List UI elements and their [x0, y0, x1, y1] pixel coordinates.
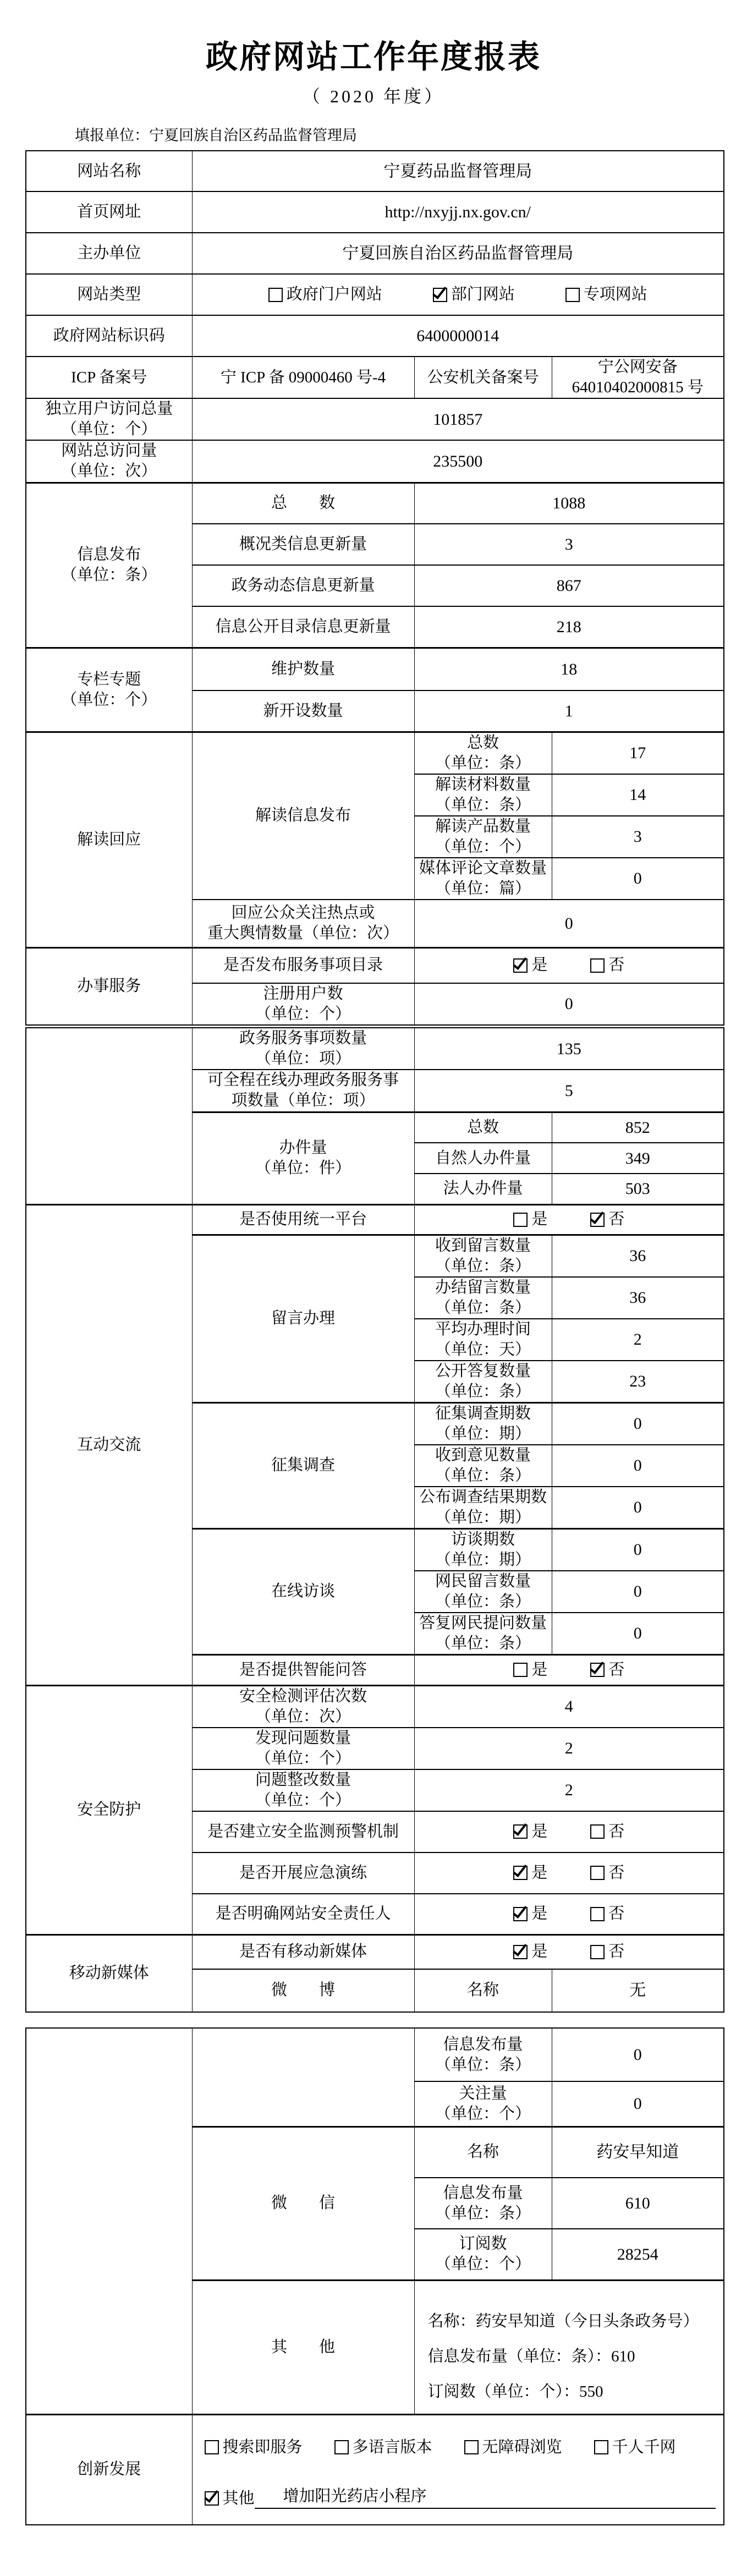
checkbox-security-owner-yes-icon — [513, 1907, 528, 1921]
interview-count-line2: （单位：期） — [415, 1550, 552, 1570]
cell-unique-visitors-label: 独立用户访问总量（单位：个） — [26, 398, 192, 440]
interpret-material-line1: 解读材料数量 — [415, 775, 552, 795]
smart-qa-no-label: 否 — [608, 1660, 624, 1680]
checkbox-accessibility-icon — [464, 2440, 479, 2454]
option-search-service-label: 搜索即服务 — [223, 2437, 303, 2458]
interview-messages-line1: 网民留言数量 — [415, 1571, 552, 1592]
checkbox-emergency-drill-yes-icon — [513, 1866, 528, 1880]
checkbox-emergency-drill-no-icon — [590, 1866, 605, 1880]
option-special-site-label: 专项网站 — [584, 284, 647, 305]
survey-results-line1: 公布调查结果期数 — [415, 1487, 552, 1508]
cell-survey-results-label: 公布调查结果期数 （单位：期） — [414, 1487, 552, 1529]
checkbox-multilingual-icon — [334, 2440, 349, 2454]
cell-survey-results-value: 0 — [552, 1487, 724, 1529]
cell-has-mobile-label: 是否有移动新媒体 — [192, 1935, 414, 1969]
survey-opinions-line2: （单位：条） — [415, 1466, 552, 1486]
registered-users-line2: （单位：个） — [193, 1004, 414, 1024]
cell-interview-count-label: 访谈期数 （单位：期） — [414, 1528, 552, 1571]
gov-items-line2: （单位：项） — [193, 1049, 414, 1069]
smart-qa-yes-option: 是 — [513, 1660, 547, 1680]
cell-wechat-group: 微 信 — [192, 2126, 414, 2280]
cell-emergency-drill-value: 是 否 — [414, 1852, 724, 1894]
cell-interview-replies-value: 0 — [552, 1613, 724, 1655]
security-check-line1: 安全检测评估次数 — [193, 1686, 414, 1707]
option-portal-site-label: 政府门户网站 — [287, 284, 382, 305]
cell-info-total-label: 总 数 — [192, 483, 414, 524]
media-comment-line1: 媒体评论文章数量 — [415, 858, 552, 879]
total-visits-label-line2: （单位：次） — [26, 461, 192, 481]
msg-avgtime-line2: （单位：天） — [415, 1340, 552, 1360]
cell-casework-legal-value: 503 — [552, 1174, 724, 1204]
cell-warning-mechanism-label: 是否建立安全监测预警机制 — [192, 1811, 414, 1852]
weibo-followers-line1: 关注量 — [415, 2084, 552, 2104]
cell-wechat-name-value: 药安早知道 — [552, 2126, 724, 2178]
cell-interview-messages-value: 0 — [552, 1571, 724, 1613]
cell-online-items-label: 可全程在线办理政务服务事 项数量（单位：项） — [192, 1070, 414, 1112]
cell-group-innovation: 创新发展 — [26, 2414, 192, 2525]
page-subtitle: （ 2020 年度） — [0, 83, 747, 108]
cell-casework-total-value: 852 — [552, 1112, 724, 1143]
cell-wechat-name-label: 名称 — [414, 2126, 552, 2178]
checkbox-personalized-icon — [594, 2440, 608, 2454]
cell-weibo-cont-empty — [192, 2028, 414, 2126]
other-media-subs-line: 订阅数（单位：个）：550 — [428, 2374, 718, 2409]
service-catalog-yn: 是 否 — [415, 955, 724, 975]
cell-site-type-label: 网站类型 — [26, 274, 192, 315]
checkbox-search-service-icon — [205, 2440, 219, 2454]
unified-platform-no-option: 否 — [590, 1209, 624, 1230]
cell-wechat-posts-value: 610 — [552, 2178, 724, 2229]
option-accessibility-label: 无障碍浏览 — [482, 2437, 562, 2458]
security-owner-yes-option: 是 — [513, 1904, 547, 1924]
warning-mechanism-yn: 是 否 — [415, 1822, 724, 1842]
cell-has-mobile-value: 是 否 — [414, 1935, 724, 1969]
unified-platform-no-label: 否 — [608, 1209, 624, 1230]
interpret-total-line1: 总数 — [415, 733, 552, 753]
warning-mechanism-no-option: 否 — [590, 1822, 624, 1842]
cell-group-service: 办事服务 — [26, 948, 192, 1025]
cell-innovation-options: 搜索即服务 多语言版本 无障碍浏览 千人千网 其他 增加阳光药店小程序 — [192, 2414, 724, 2525]
option-multilingual-label: 多语言版本 — [353, 2437, 432, 2458]
cell-info-overview-label: 概况类信息更新量 — [192, 524, 414, 565]
cell-other-media-detail: 名称：药安早知道（今日头条政务号） 信息发布量（单位：条）：610 订阅数（单位… — [414, 2280, 724, 2414]
casework-group-line2: （单位：件） — [193, 1158, 414, 1179]
checkbox-has-mobile-yes-icon — [513, 1945, 528, 1959]
survey-count-line1: 征集调查期数 — [415, 1404, 552, 1424]
cell-site-type-options: 政府门户网站 部门网站 专项网站 — [192, 274, 724, 315]
cell-group-empty-left — [26, 2028, 192, 2414]
has-mobile-yes-option: 是 — [513, 1942, 547, 1962]
innovation-other-text-underline: 增加阳光药店小程序 — [255, 2486, 716, 2509]
interpret-total-line2: （单位：条） — [415, 753, 552, 774]
cell-group-interpretation: 解读回应 — [26, 732, 192, 948]
cell-media-comment-value: 0 — [552, 858, 724, 900]
msg-received-line2: （单位：条） — [415, 1256, 552, 1276]
cell-survey-opinions-label: 收到意见数量 （单位：条） — [414, 1445, 552, 1487]
cell-police-record-value: 宁公网安备 64010402000815 号 — [552, 357, 724, 398]
msg-public-reply-line2: （单位：条） — [415, 1382, 552, 1402]
cell-interview-replies-label: 答复网民提问数量 （单位：条） — [414, 1613, 552, 1655]
unified-platform-yn: 是 否 — [415, 1209, 724, 1230]
wechat-posts-line2: （单位：条） — [415, 2204, 552, 2224]
smart-qa-yn: 是 否 — [415, 1660, 724, 1680]
cell-interpret-product-label: 解读产品数量 （单位：个） — [414, 816, 552, 858]
table-newmedia-innovation: 信息发布量 （单位：条） 0 关注量 （单位：个） 0 微 信 名称 药安早知道… — [25, 2027, 724, 2525]
innovation-other-row: 其他 增加阳光药店小程序 — [205, 2486, 716, 2509]
checkbox-has-mobile-no-icon — [590, 1945, 605, 1959]
cell-group-interaction: 互动交流 — [26, 1204, 192, 1685]
interview-count-line1: 访谈期数 — [415, 1530, 552, 1550]
wechat-subs-line2: （单位：个） — [415, 2254, 552, 2274]
cell-interpret-product-value: 3 — [552, 816, 724, 858]
cell-interpret-total-value: 17 — [552, 732, 724, 774]
checkbox-smart-qa-yes-icon — [513, 1663, 528, 1677]
checkbox-service-catalog-no-icon — [590, 958, 605, 973]
report-page: 政府网站工作年度报表 （ 2020 年度） 填报单位：宁夏回族自治区药品监督管理… — [0, 0, 747, 2576]
checkbox-smart-qa-no-icon — [590, 1663, 605, 1677]
cell-home-url-label: 首页网址 — [26, 191, 192, 233]
cell-group-mobile-media: 移动新媒体 — [26, 1935, 192, 2012]
interview-messages-line2: （单位：条） — [415, 1592, 552, 1612]
cell-weibo-name-label: 名称 — [414, 1969, 552, 2012]
msg-done-line1: 办结留言数量 — [415, 1278, 552, 1298]
checkbox-warning-mechanism-no-icon — [590, 1824, 605, 1839]
has-mobile-no-option: 否 — [590, 1942, 624, 1962]
weibo-posts-line2: （单位：条） — [415, 2055, 552, 2075]
interview-replies-line1: 答复网民提问数量 — [415, 1613, 552, 1634]
problems-fixed-line1: 问题整改数量 — [193, 1770, 414, 1790]
cell-problems-fixed-value: 2 — [414, 1769, 724, 1811]
cell-casework-legal-label: 法人办件量 — [414, 1174, 552, 1204]
cell-info-total-value: 1088 — [414, 483, 724, 524]
warning-mechanism-no-label: 否 — [608, 1822, 624, 1842]
checkbox-unified-platform-no-icon — [590, 1213, 605, 1227]
cell-gov-items-value: 135 — [414, 1028, 724, 1070]
msg-public-reply-line1: 公开答复数量 — [415, 1361, 552, 1382]
problems-fixed-line2: （单位：个） — [193, 1790, 414, 1811]
online-items-line1: 可全程在线办理政务服务事 — [193, 1070, 414, 1090]
cell-icp-value: 宁 ICP 备 09000460 号-4 — [192, 357, 414, 398]
cell-service-catalog-label: 是否发布服务事项目录 — [192, 948, 414, 983]
security-owner-no-label: 否 — [608, 1904, 624, 1924]
cell-info-dynamic-label: 政务动态信息更新量 — [192, 565, 414, 606]
cell-emergency-drill-label: 是否开展应急演练 — [192, 1852, 414, 1894]
cell-info-overview-value: 3 — [414, 524, 724, 565]
cell-survey-count-label: 征集调查期数 （单位：期） — [414, 1402, 552, 1445]
cell-msg-received-value: 36 — [552, 1235, 724, 1277]
media-comment-line2: （单位：篇） — [415, 879, 552, 899]
cell-interpret-material-value: 14 — [552, 774, 724, 816]
has-mobile-yn: 是 否 — [415, 1942, 724, 1962]
cell-unified-platform-value: 是 否 — [414, 1204, 724, 1235]
cell-security-check-label: 安全检测评估次数 （单位：次） — [192, 1685, 414, 1728]
cell-weibo-posts-value: 0 — [552, 2028, 724, 2081]
option-innovation-other-label: 其他 — [223, 2489, 255, 2509]
msg-received-line1: 收到留言数量 — [415, 1236, 552, 1256]
cell-site-name-label: 网站名称 — [26, 151, 192, 191]
option-innovation-other: 其他 — [205, 2489, 255, 2509]
unified-platform-yes-option: 是 — [513, 1209, 547, 1230]
page-title: 政府网站工作年度报表 — [0, 31, 747, 77]
cell-interpret-publish-label: 解读信息发布 — [192, 732, 414, 900]
checkbox-special-site-icon — [565, 288, 580, 302]
wechat-subs-line1: 订阅数 — [415, 2234, 552, 2254]
cell-interpret-material-label: 解读材料数量 （单位：条） — [414, 774, 552, 816]
cell-registered-users-label: 注册用户数 （单位：个） — [192, 983, 414, 1025]
emergency-drill-yn: 是 否 — [415, 1863, 724, 1883]
cell-survey-opinions-value: 0 — [552, 1445, 724, 1487]
msg-avgtime-line1: 平均办理时间 — [415, 1319, 552, 1340]
innovation-other-text: 增加阳光药店小程序 — [283, 2487, 427, 2505]
cell-interview-group: 在线访谈 — [192, 1528, 414, 1654]
cell-group-empty-top — [26, 1028, 192, 1204]
unified-platform-yes-label: 是 — [531, 1209, 547, 1230]
cell-new-column-label: 新开设数量 — [192, 690, 414, 732]
reporting-unit-label: 填报单位： — [75, 127, 149, 144]
cell-sponsor-label: 主办单位 — [26, 233, 192, 274]
cell-maintain-count-value: 18 — [414, 648, 724, 690]
cell-info-catalog-value: 218 — [414, 606, 724, 648]
site-type-option-row: 政府门户网站 部门网站 专项网站 — [193, 284, 724, 305]
weibo-posts-line1: 信息发布量 — [415, 2035, 552, 2055]
security-check-line2: （单位：次） — [193, 1707, 414, 1727]
table-service-interaction-security: 政务服务事项数量 （单位：项） 135 可全程在线办理政务服务事 项数量（单位：… — [25, 1027, 724, 2013]
total-visits-label-line1: 网站总访问量 — [26, 441, 192, 461]
cell-home-url-value: http://nxyjj.nx.gov.cn/ — [192, 191, 724, 233]
police-record-line2: 64010402000815 号 — [552, 377, 724, 398]
service-catalog-no-option: 否 — [590, 955, 624, 975]
cell-weibo-name-value: 无 — [552, 1969, 724, 2012]
special-column-group-line1: 专栏专题 — [26, 670, 192, 690]
cell-casework-total-label: 总数 — [414, 1112, 552, 1143]
problems-found-line1: 发现问题数量 — [193, 1728, 414, 1749]
cell-msg-done-value: 36 — [552, 1277, 724, 1319]
emergency-drill-no-option: 否 — [590, 1863, 624, 1883]
wechat-posts-line1: 信息发布量 — [415, 2183, 552, 2204]
cell-group-security: 安全防护 — [26, 1685, 192, 1935]
cell-maintain-count-label: 维护数量 — [192, 648, 414, 690]
checkbox-department-site-icon — [433, 288, 447, 302]
cell-weibo-followers-label: 关注量 （单位：个） — [414, 2081, 552, 2126]
cell-weibo-label: 微 博 — [192, 1969, 414, 2012]
cell-group-special-column: 专栏专题 （单位：个） — [26, 648, 192, 732]
cell-police-record-label: 公安机关备案号 — [414, 357, 552, 398]
has-mobile-no-label: 否 — [608, 1942, 624, 1962]
smart-qa-yes-label: 是 — [531, 1660, 547, 1680]
cell-new-column-value: 1 — [414, 690, 724, 732]
info-publish-group-line1: 信息发布 — [26, 545, 192, 565]
cell-survey-group: 征集调查 — [192, 1402, 414, 1528]
cell-interview-count-value: 0 — [552, 1528, 724, 1571]
cell-msg-public-reply-value: 23 — [552, 1361, 724, 1403]
option-search-service: 搜索即服务 — [205, 2437, 303, 2458]
interpret-material-line2: （单位：条） — [415, 795, 552, 815]
cell-casework-person-label: 自然人办件量 — [414, 1143, 552, 1174]
service-catalog-yes-option: 是 — [513, 955, 547, 975]
cell-unified-platform-label: 是否使用统一平台 — [192, 1204, 414, 1235]
option-personalized-label: 千人千网 — [612, 2437, 676, 2458]
cell-icp-label: ICP 备案号 — [26, 357, 192, 398]
interpret-product-line2: （单位：个） — [415, 837, 552, 857]
survey-results-line2: （单位：期） — [415, 1508, 552, 1528]
cell-site-code-label: 政府网站标识码 — [26, 315, 192, 357]
cell-info-dynamic-value: 867 — [414, 565, 724, 606]
cell-response-hotspot-label: 回应公众关注热点或 重大舆情数量（单位：次） — [192, 900, 414, 948]
cell-unique-visitors-value: 101857 — [192, 398, 724, 440]
cell-site-code-value: 6400000014 — [192, 315, 724, 357]
gov-items-line1: 政务服务事项数量 — [193, 1028, 414, 1049]
cell-msg-received-label: 收到留言数量 （单位：条） — [414, 1235, 552, 1277]
cell-registered-users-value: 0 — [414, 983, 724, 1025]
table-basic-info: 网站名称 宁夏药品监督管理局 首页网址 http://nxyjj.nx.gov.… — [25, 150, 724, 1026]
security-owner-yes-label: 是 — [531, 1904, 547, 1924]
cell-weibo-followers-value: 0 — [552, 2081, 724, 2126]
cell-wechat-posts-label: 信息发布量 （单位：条） — [414, 2178, 552, 2229]
checkbox-security-owner-no-icon — [590, 1907, 605, 1921]
cell-wechat-subs-value: 28254 — [552, 2229, 724, 2280]
cell-security-check-value: 4 — [414, 1685, 724, 1728]
cell-security-owner-label: 是否明确网站安全责任人 — [192, 1894, 414, 1935]
warning-mechanism-yes-label: 是 — [531, 1822, 547, 1842]
option-personalized: 千人千网 — [594, 2437, 676, 2458]
cell-problems-found-label: 发现问题数量 （单位：个） — [192, 1728, 414, 1769]
cell-response-hotspot-value: 0 — [414, 900, 724, 948]
online-items-line2: 项数量（单位：项） — [193, 1090, 414, 1111]
cell-media-comment-label: 媒体评论文章数量 （单位：篇） — [414, 858, 552, 900]
smart-qa-no-option: 否 — [590, 1660, 624, 1680]
cell-messages-group: 留言办理 — [192, 1235, 414, 1402]
response-hotspot-line2: 重大舆情数量（单位：次） — [193, 923, 414, 944]
cell-service-catalog-value: 是 否 — [414, 948, 724, 983]
other-media-posts-line: 信息发布量（单位：条）：610 — [428, 2339, 718, 2374]
cell-problems-fixed-label: 问题整改数量 （单位：个） — [192, 1769, 414, 1811]
cell-survey-count-value: 0 — [552, 1402, 724, 1445]
cell-interpret-total-label: 总数 （单位：条） — [414, 732, 552, 774]
cell-smart-qa-label: 是否提供智能问答 — [192, 1654, 414, 1685]
option-accessibility: 无障碍浏览 — [464, 2437, 562, 2458]
option-multilingual: 多语言版本 — [334, 2437, 432, 2458]
cell-security-owner-value: 是 否 — [414, 1894, 724, 1935]
cell-total-visits-value: 235500 — [192, 440, 724, 483]
emergency-drill-yes-label: 是 — [531, 1863, 547, 1883]
cell-sponsor-value: 宁夏回族自治区药品监督管理局 — [192, 233, 724, 274]
checkbox-unified-platform-yes-icon — [513, 1213, 528, 1227]
checkbox-innovation-other-icon — [205, 2491, 219, 2506]
cell-msg-public-reply-label: 公开答复数量 （单位：条） — [414, 1361, 552, 1403]
warning-mechanism-yes-option: 是 — [513, 1822, 547, 1842]
cell-wechat-subs-label: 订阅数 （单位：个） — [414, 2229, 552, 2280]
problems-found-line2: （单位：个） — [193, 1749, 414, 1769]
police-record-line1: 宁公网安备 — [552, 357, 724, 377]
cell-gov-items-label: 政务服务事项数量 （单位：项） — [192, 1028, 414, 1070]
registered-users-line1: 注册用户数 — [193, 984, 414, 1004]
special-column-group-line2: （单位：个） — [26, 690, 192, 710]
interpret-product-line1: 解读产品数量 — [415, 816, 552, 837]
cell-smart-qa-value: 是 否 — [414, 1654, 724, 1685]
cell-other-media-label: 其 他 — [192, 2280, 414, 2414]
cell-group-info-publish: 信息发布 （单位：条） — [26, 483, 192, 648]
response-hotspot-line1: 回应公众关注热点或 — [193, 903, 414, 923]
innovation-option-row: 搜索即服务 多语言版本 无障碍浏览 千人千网 — [205, 2437, 716, 2458]
cell-problems-found-value: 2 — [414, 1728, 724, 1769]
cell-interview-messages-label: 网民留言数量 （单位：条） — [414, 1571, 552, 1613]
survey-opinions-line1: 收到意见数量 — [415, 1445, 552, 1466]
cell-msg-done-label: 办结留言数量 （单位：条） — [414, 1277, 552, 1319]
survey-count-line2: （单位：期） — [415, 1424, 552, 1444]
cell-total-visits-label: 网站总访问量 （单位：次） — [26, 440, 192, 483]
reporting-unit-name: 宁夏回族自治区药品监督管理局 — [149, 127, 357, 144]
other-media-name-line: 名称：药安早知道（今日头条政务号） — [428, 2304, 718, 2339]
security-owner-no-option: 否 — [590, 1904, 624, 1924]
cell-site-name-value: 宁夏药品监督管理局 — [192, 151, 724, 191]
info-publish-group-line2: （单位：条） — [26, 565, 192, 585]
cell-warning-mechanism-value: 是 否 — [414, 1811, 724, 1852]
interview-replies-line2: （单位：条） — [415, 1634, 552, 1654]
has-mobile-yes-label: 是 — [531, 1942, 547, 1962]
cell-online-items-value: 5 — [414, 1070, 724, 1112]
checkbox-warning-mechanism-yes-icon — [513, 1824, 528, 1839]
option-department-site: 部门网站 — [433, 284, 515, 305]
security-owner-yn: 是 否 — [415, 1904, 724, 1924]
cell-msg-avgtime-label: 平均办理时间 （单位：天） — [414, 1319, 552, 1361]
checkbox-service-catalog-yes-icon — [513, 958, 528, 973]
emergency-drill-no-label: 否 — [608, 1863, 624, 1883]
cell-casework-person-value: 349 — [552, 1143, 724, 1174]
emergency-drill-yes-option: 是 — [513, 1863, 547, 1883]
cell-weibo-posts-label: 信息发布量 （单位：条） — [414, 2028, 552, 2081]
option-department-site-label: 部门网站 — [451, 284, 515, 305]
cell-casework-group: 办件量 （单位：件） — [192, 1112, 414, 1204]
option-portal-site: 政府门户网站 — [268, 284, 382, 305]
msg-done-line2: （单位：条） — [415, 1298, 552, 1318]
service-catalog-yes-label: 是 — [531, 955, 547, 975]
casework-group-line1: 办件量 — [193, 1138, 414, 1158]
cell-msg-avgtime-value: 2 — [552, 1319, 724, 1361]
cell-info-catalog-label: 信息公开目录信息更新量 — [192, 606, 414, 648]
option-special-site: 专项网站 — [565, 284, 647, 305]
service-catalog-no-label: 否 — [608, 955, 624, 975]
checkbox-portal-site-icon — [268, 288, 283, 302]
weibo-followers-line2: （单位：个） — [415, 2104, 552, 2124]
reporting-unit-line: 填报单位：宁夏回族自治区药品监督管理局 — [75, 123, 357, 145]
